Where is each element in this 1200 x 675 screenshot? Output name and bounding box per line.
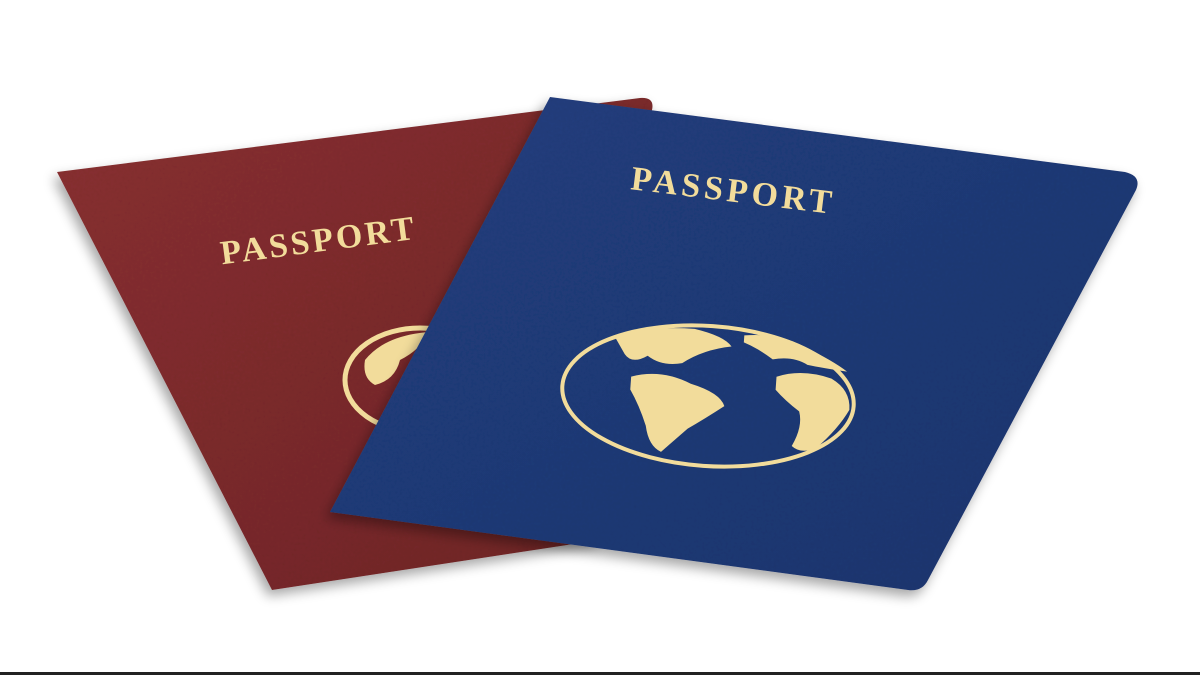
passports-illustration: PASSPORT PASSPORT bbox=[0, 0, 1200, 675]
